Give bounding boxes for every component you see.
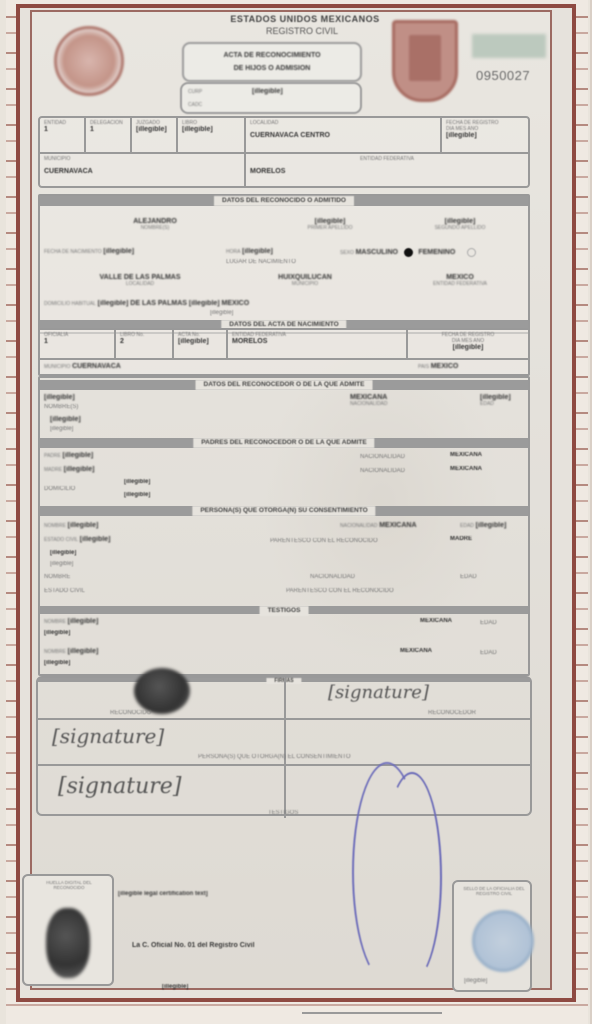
consent-name-row: NOMBRE [illegible]	[44, 522, 98, 529]
mother-nationality-label: NACIONALIDAD	[360, 468, 405, 474]
cadc-label: CADC	[188, 102, 202, 108]
consent-address: [illegible]	[50, 550, 76, 556]
recognized-first-surname: [illegible]PRIMER APELLIDO	[280, 218, 380, 231]
recognizer-name: [illegible]	[44, 394, 75, 401]
libro-value: [illegible]	[182, 126, 240, 133]
birth-locality: VALLE DE LAS PALMASLOCALIDAD	[80, 274, 200, 287]
witnesses-section-header: TESTIGOS	[40, 606, 528, 614]
parents-section-header: PADRES DEL RECONOCEDOR O DE LA QUE ADMIT…	[40, 438, 528, 448]
father-row: PADRE [illegible]	[44, 452, 93, 459]
birth-state: MEXICOENTIDAD FEDERATIVA	[410, 274, 510, 287]
signature-consent: [signature]	[52, 724, 164, 748]
recognized-signature-label: RECONOCIDO	[110, 710, 151, 716]
municipio-value: CUERNAVACA	[44, 168, 240, 175]
signature-witness: [signature]	[58, 774, 181, 799]
act-title-line2: DE HIJOS O ADMISION	[184, 62, 360, 75]
recognizer-nationality: MEXICANANACIONALIDAD	[350, 394, 388, 407]
mother-row: MADRE [illegible]	[44, 466, 94, 473]
recognized-second-surname: [illegible]SEGUNDO APELLIDO	[410, 218, 510, 231]
consent-civil-status-row: ESTADO CIVIL [illegible]	[44, 536, 111, 543]
municipio-label: MUNICIPIO	[44, 156, 240, 162]
security-strip	[472, 34, 546, 58]
libro-cell: LIBRO [illegible]	[178, 118, 246, 152]
consent2-age-label: EDAD	[460, 574, 477, 580]
official-stamp-icon	[472, 910, 534, 972]
birth-place-label: LUGAR DE NACIMIENTO	[226, 259, 296, 265]
witness2-row: NOMBRE [illegible]	[44, 648, 98, 655]
official-title: La C. Oficial No. 01 del Registro Civil	[132, 942, 255, 949]
localidad-cell: LOCALIDAD CUERNAVACA CENTRO	[246, 118, 442, 152]
divider	[40, 358, 528, 360]
birth-time-row: HORA [illegible]	[226, 248, 273, 255]
consent2-nationality-label: NACIONALIDAD	[310, 574, 355, 580]
birth-act-state-cell: ENTIDAD FEDERATIVAMORELOS	[228, 330, 408, 358]
consent-signature-label: PERSONA(S) QUE OTORGA(N) EL CONSENTIMIEN…	[198, 754, 351, 760]
home-address-sub: [illegible]	[210, 310, 233, 316]
fecha-registro-value: [illegible]	[446, 132, 524, 139]
radio-selected-icon	[404, 248, 413, 257]
birth-act-municipality: MUNICIPIO CUERNAVACA	[44, 363, 121, 370]
recognized-section-title: DATOS DEL RECONOCIDO O ADMITIDO	[214, 196, 354, 206]
birth-act-country: PAIS MEXICO	[418, 363, 458, 370]
witness2-age-label: EDAD	[480, 650, 497, 656]
consent-relationship-label: PARENTESCO CON EL RECONOCIDO	[270, 538, 378, 544]
recognizer-address: [illegible]	[50, 416, 81, 423]
signatures-box: FIRMAS RECONOCIDO [signature] RECONOCEDO…	[36, 676, 532, 816]
delegacion-cell: DELEGACION 1	[86, 118, 132, 152]
folio-number: 0950027	[476, 68, 530, 83]
seal-label: SELLO DE LA OFICIALIA DEL REGISTRO CIVIL	[460, 886, 528, 896]
consent2-relationship-label: PARENTESCO CON EL RECONOCIDO	[286, 588, 394, 594]
consent2-name-label: NOMBRE	[44, 574, 70, 580]
state-coat-of-arms-icon	[392, 20, 458, 102]
recognizer-occupation: [illegible]	[50, 426, 73, 432]
pen-mark	[382, 772, 442, 982]
consent-age-row: EDAD [illegible]	[460, 522, 506, 529]
father-nationality-label: NACIONALIDAD	[360, 454, 405, 460]
curp-value: [illegible]	[252, 88, 283, 95]
divider	[38, 718, 530, 720]
curp-label: CURP	[188, 89, 202, 95]
entidad-federativa-value: MORELOS	[250, 168, 524, 175]
divider	[302, 1012, 442, 1014]
entidad-federativa-label: ENTIDAD FEDERATIVA	[250, 156, 524, 162]
recognizer-name-label: NOMBRE(S)	[44, 404, 78, 410]
thumbprint-icon	[134, 668, 190, 714]
recognizer-age: [illegible]EDAD	[480, 394, 511, 407]
witness2-nationality: MEXICANA	[400, 648, 432, 654]
parents-address-2: [illegible]	[124, 492, 150, 498]
mother-nationality: MEXICANA	[450, 466, 482, 472]
witness2-address: [illegible]	[44, 660, 70, 666]
witness1-address: [illegible]	[44, 630, 70, 636]
sex-row: SEXO MASCULINO FEMENINO	[340, 248, 476, 257]
juzgado-cell: JUZGADO [illegible]	[132, 118, 178, 152]
recognized-section-header: DATOS DEL RECONOCIDO O ADMITIDO	[40, 196, 528, 206]
thumbprint-label: HUELLA DIGITAL DEL RECONOCIDO	[34, 880, 104, 890]
registration-box: ENTIDAD 1 DELEGACION 1 JUZGADO [illegibl…	[38, 116, 530, 188]
consent-relationship: MADRE	[450, 536, 472, 542]
juzgado-value: [illegible]	[136, 126, 172, 133]
act-title-line1: ACTA DE RECONOCIMIENTO	[184, 49, 360, 62]
witness1-age-label: EDAD	[480, 620, 497, 626]
recognizer-section: DATOS DEL RECONOCEDOR O DE LA QUE ADMITE…	[38, 376, 530, 676]
sex-option-male: MASCULINO	[356, 249, 398, 256]
consent2-civil-label: ESTADO CIVIL	[44, 588, 85, 594]
official-name: [illegible]	[162, 984, 188, 990]
act-title-box: ACTA DE RECONOCIMIENTO DE HIJOS O ADMISI…	[182, 42, 362, 82]
witness1-nationality: MEXICANA	[420, 618, 452, 624]
delegacion-value: 1	[90, 126, 126, 133]
registry-title: REGISTRO CIVIL	[232, 26, 372, 36]
thumbprint-box: HUELLA DIGITAL DEL RECONOCIDO	[22, 874, 114, 986]
father-nationality: MEXICANA	[450, 452, 482, 458]
oficialia-cell: OFICIALIA1	[40, 330, 116, 358]
witnesses-signature-label: TESTIGOS	[268, 810, 298, 816]
libro-no-cell: LIBRO No.2	[116, 330, 174, 358]
recognized-section: DATOS DEL RECONOCIDO O ADMITIDO ALEJANDR…	[38, 194, 530, 334]
parents-address-1: [illegible]	[124, 479, 150, 485]
certificate-sheet: ESTADOS UNIDOS MEXICANOS REGISTRO CIVIL …	[30, 10, 552, 990]
localidad-label: LOCALIDAD	[250, 120, 436, 126]
municipio-cell: MUNICIPIO CUERNAVACA	[40, 154, 246, 186]
entidad-value: 1	[44, 126, 80, 133]
consent-section-header: PERSONA(S) QUE OTORGA(N) SU CONSENTIMIEN…	[40, 506, 528, 516]
witness1-row: NOMBRE [illegible]	[44, 618, 98, 625]
fecha-registro-cell: FECHA DE REGISTRO DIA MES AÑO [illegible…	[442, 118, 528, 152]
curp-box: CURP [illegible] CADC	[180, 82, 362, 114]
national-seal-icon	[54, 26, 124, 96]
consent-nationality-row: NACIONALIDAD MEXICANA	[340, 522, 417, 529]
home-address-row: DOMICILIO HABITUAL [illegible] DE LAS PA…	[44, 300, 249, 307]
radio-empty-icon	[467, 248, 476, 257]
sex-option-female: FEMENINO	[418, 249, 455, 256]
recognizer-section-header: DATOS DEL RECONOCEDOR O DE LA QUE ADMITE	[40, 380, 528, 390]
acta-no-cell: ACTA No.[illegible]	[174, 330, 228, 358]
parents-address-label: DOMICILIO	[44, 486, 75, 492]
legal-certification-text: [illegible legal certification text]	[118, 890, 298, 899]
birth-municipality: HUIXQUILUCANMUNICIPIO	[250, 274, 360, 287]
consent-address-sub: [illegible]	[50, 561, 73, 567]
seal-sub-label: [illegible]	[464, 978, 487, 984]
birth-act-box: OFICIALIA1 LIBRO No.2 ACTA No.[illegible…	[38, 328, 530, 376]
localidad-value: CUERNAVACA CENTRO	[250, 132, 436, 139]
signature-reconocedor: [signature]	[328, 682, 429, 703]
reconocedor-signature-label: RECONOCEDOR	[428, 710, 476, 716]
recognized-name: ALEJANDRONOMBRE(S)	[100, 218, 210, 231]
country-title: ESTADOS UNIDOS MEXICANOS	[200, 14, 410, 24]
entidad-federativa-cell: ENTIDAD FEDERATIVA MORELOS	[246, 154, 528, 186]
entidad-cell: ENTIDAD 1	[40, 118, 86, 152]
seal-box: SELLO DE LA OFICIALIA DEL REGISTRO CIVIL…	[452, 880, 532, 992]
birth-date-row: FECHA DE NACIMIENTO [illegible]	[44, 248, 134, 255]
birth-act-date-cell: FECHA DE REGISTRODIA MES AÑO[illegible]	[408, 330, 528, 358]
divider	[38, 764, 530, 766]
vertical-divider	[284, 678, 286, 818]
document-photo: ESTADOS UNIDOS MEXICANOS REGISTRO CIVIL …	[0, 0, 592, 1024]
thumbprint-icon	[46, 908, 90, 978]
